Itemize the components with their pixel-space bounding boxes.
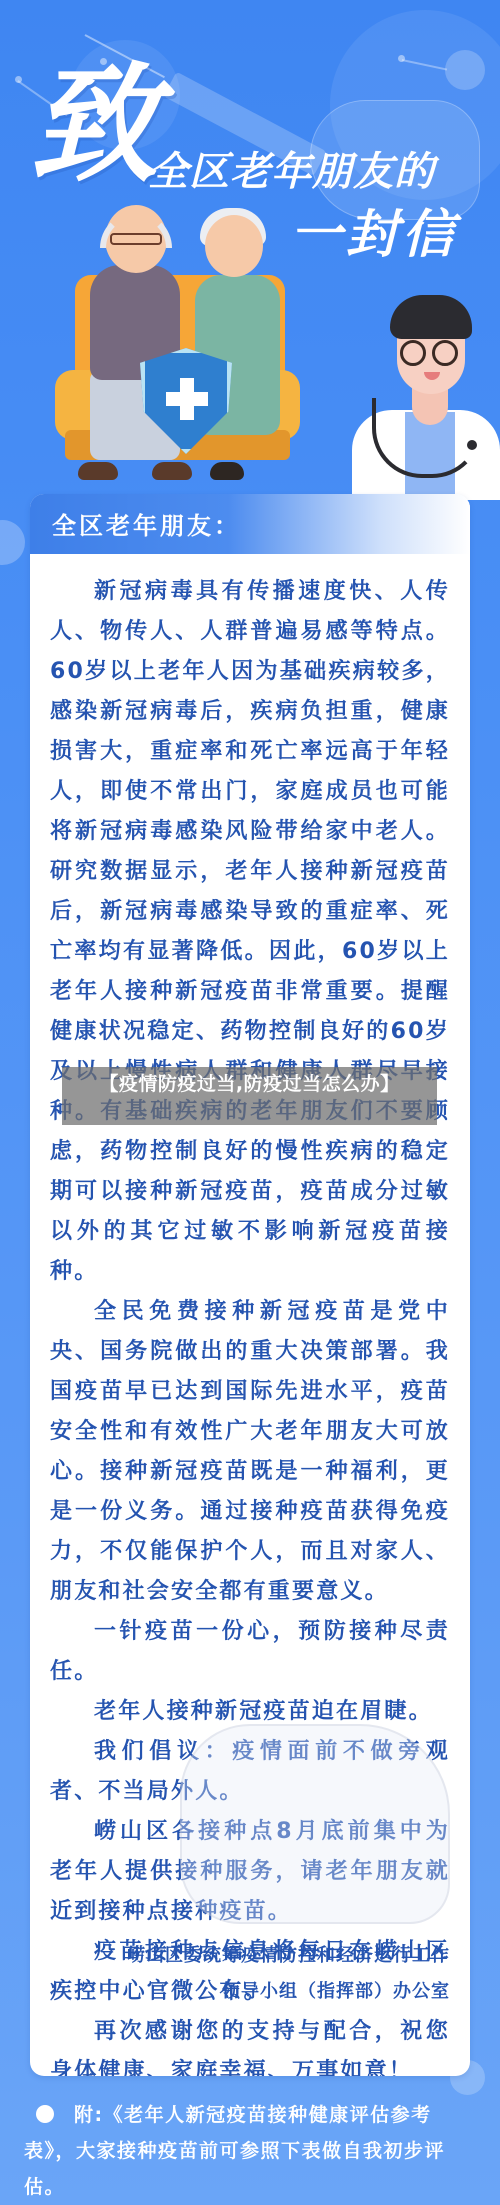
decor-circle <box>0 520 25 565</box>
letter-card: 全区老年朋友： 新冠病毒具有传播速度快、人传人、物传人、人群普遍易感等特点。60… <box>30 494 470 2076</box>
bullet-icon <box>36 2105 54 2123</box>
stethoscope-icon <box>467 440 477 450</box>
caption-overlay: 【疫情防疫过当,防疫过当怎么办】 <box>62 1067 437 1125</box>
glasses-icon <box>400 340 426 366</box>
woman-head <box>205 215 263 277</box>
letter-paragraph: 再次感谢您的支持与配合，祝您身体健康、家庭幸福、万事如意！ <box>50 2012 450 2076</box>
shoe <box>78 462 118 480</box>
appendix-note-text: 附:《老年人新冠疫苗接种健康评估参考表》，大家接种疫苗前可参照下表做自我初步评估… <box>24 2104 445 2198</box>
poster: 致 全区老年朋友的 一封信 全区老年朋友： <box>0 0 500 2205</box>
shoe <box>210 462 244 480</box>
decor-circle <box>445 50 485 90</box>
letter-paragraph: 全民免费接种新冠疫苗是党中央、国务院做出的重大决策部署。我国疫苗早已达到国际先进… <box>50 1292 450 1612</box>
letter-paragraph: 新冠病毒具有传播速度快、人传人、物传人、人群普遍易感等特点。60岁以上老年人因为… <box>50 572 450 1292</box>
cross-icon <box>166 392 208 406</box>
signature-line: 领导小组（指挥部）办公室 <box>127 1974 450 2010</box>
letter-salutation: 全区老年朋友： <box>30 494 470 554</box>
appendix-note: 附:《老年人新冠疫苗接种健康评估参考表》，大家接种疫苗前可参照下表做自我初步评估… <box>24 2097 469 2205</box>
signature-line: 崂山区委统筹疫情防控和经济运行工作 <box>127 1938 450 1974</box>
letter-signature: 崂山区委统筹疫情防控和经济运行工作 领导小组（指挥部）办公室 <box>127 1938 450 2010</box>
doctor-hair <box>390 295 472 339</box>
syringe-watermark <box>180 1724 450 1924</box>
hero-title-line1: 全区老年朋友的 <box>148 140 435 197</box>
glasses-icon <box>110 233 162 245</box>
shoe <box>152 462 192 480</box>
glasses-icon <box>432 340 458 366</box>
letter-paragraph: 一针疫苗一份心，预防接种尽责任。 <box>50 1612 450 1692</box>
hero-title-char: 致 <box>30 62 154 190</box>
hero-title-line2: 一封信 <box>290 192 458 267</box>
